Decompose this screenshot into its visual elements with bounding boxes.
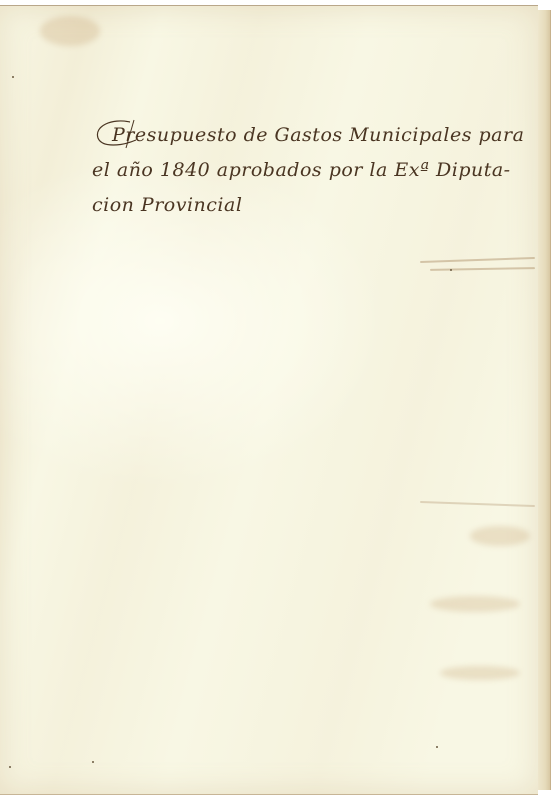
document-title: Presupuesto de Gastos Municipales para e…	[92, 118, 542, 223]
ink-speck	[12, 76, 14, 78]
paper-fold	[420, 257, 535, 263]
manuscript-page: Presupuesto de Gastos Municipales para e…	[0, 5, 538, 795]
title-line-1: Presupuesto de Gastos Municipales para	[92, 118, 542, 153]
paper-fold	[430, 267, 535, 271]
paper-stain	[430, 596, 520, 612]
paper-stain	[470, 526, 530, 546]
title-line-3: cion Provincial	[92, 188, 542, 223]
page-edge-strip	[538, 10, 551, 790]
ink-speck	[450, 269, 452, 271]
ink-speck	[9, 766, 11, 768]
scan-stage: Presupuesto de Gastos Municipales para e…	[0, 0, 556, 800]
paper-stain	[40, 16, 100, 46]
paper-fold	[420, 501, 535, 507]
paper-stain	[440, 666, 520, 680]
ink-speck	[92, 761, 94, 763]
title-line-2: el año 1840 aprobados por la Exª Diputa-	[92, 153, 542, 188]
ink-speck	[436, 746, 438, 748]
